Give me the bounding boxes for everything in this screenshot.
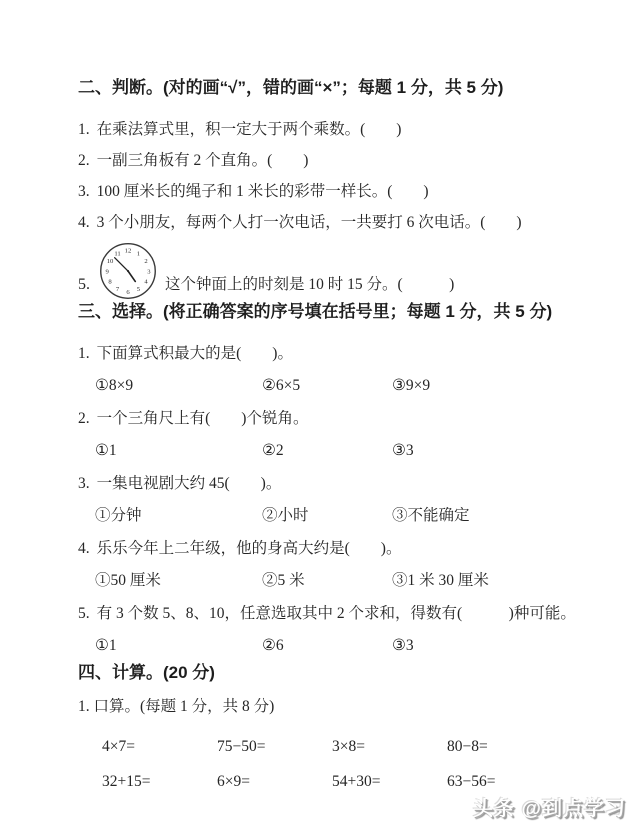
toutiao-watermark: 头条 @到点学习 — [473, 792, 626, 821]
clock-number-3: 3 — [147, 268, 151, 275]
option-b: ②6×5 — [262, 370, 392, 402]
choice-question-5: 5.有 3 个数 5、8、10，任意选取其中 2 个求和，得数有( )种可能。 … — [78, 598, 626, 662]
choice-question-5-body: 有 3 个数 5、8、10，任意选取其中 2 个求和，得数有( )种可能。 — [97, 605, 576, 622]
calc-expression: 32+15= — [102, 764, 217, 799]
calc-expression: 75−50= — [217, 729, 332, 764]
clock-number-8: 8 — [108, 278, 112, 285]
judge-item-2: 2.一副三角板有 2 个直角。( ) — [78, 145, 626, 176]
calc-expression: 6×9= — [217, 764, 332, 799]
paper-content: 二、判断。(对的画“√”，错的画“×”；每题 1 分，共 5 分) 1.在乘法算… — [78, 78, 626, 799]
option-b: ②2 — [262, 435, 392, 467]
judge-item-1-text: 在乘法算式里，积一定大于两个乘数。( ) — [97, 121, 402, 138]
judge-item-5-text: 这个钟面上的时刻是 10 时 15 分。( ) — [165, 272, 454, 294]
calc-expression: 54+30= — [332, 764, 447, 799]
clock-number-10: 10 — [107, 258, 114, 265]
option-b: ②小时 — [262, 500, 392, 532]
judge-item-4-number: 4. — [78, 214, 90, 231]
judge-item-4-text: 3 个小朋友，每两个人打一次电话，一共要打 6 次电话。( ) — [97, 214, 522, 231]
judge-item-5-number: 5. — [78, 276, 90, 294]
judge-item-1: 1.在乘法算式里，积一定大于两个乘数。( ) — [78, 114, 626, 145]
choice-question-3-number: 3. — [78, 475, 90, 492]
clock-face-image: 12 1 2 3 4 5 6 7 8 9 10 11 — [99, 242, 157, 300]
clock-hour-hand — [128, 271, 135, 281]
clock-center-dot — [127, 270, 129, 272]
choice-question-1-options: ①8×9 ②6×5 ③9×9 — [95, 370, 626, 402]
clock-number-7: 7 — [116, 286, 120, 293]
judge-item-2-text: 一副三角板有 2 个直角。( ) — [97, 152, 309, 169]
option-c: ③1 米 30 厘米 — [392, 565, 626, 597]
option-a: ①1 — [95, 435, 262, 467]
choice-question-2-text: 2.一个三角尺上有( )个锐角。 — [78, 403, 626, 435]
choice-question-3-body: 一集电视剧大约 45( )。 — [97, 475, 282, 492]
section-calc-heading: 四、计算。(20 分) — [78, 663, 626, 683]
option-c: ③3 — [392, 435, 626, 467]
option-c: ③9×9 — [392, 370, 626, 402]
choice-question-3-text: 3.一集电视剧大约 45( )。 — [78, 468, 626, 500]
option-b: ②6 — [262, 630, 392, 662]
clock-number-4: 4 — [144, 278, 148, 285]
choice-question-4-text: 4.乐乐今年上二年级，他的身高大约是( )。 — [78, 533, 626, 565]
judge-item-5: 5. 12 1 2 3 4 5 6 7 8 9 10 11 这个钟面上的时刻是 … — [78, 238, 626, 300]
choice-question-1-text: 1.下面算式积最大的是( )。 — [78, 338, 626, 370]
choice-question-4-body: 乐乐今年上二年级，他的身高大约是( )。 — [97, 540, 402, 557]
test-paper-page: 二、判断。(对的画“√”，错的画“×”；每题 1 分，共 5 分) 1.在乘法算… — [0, 0, 640, 833]
judge-item-4: 4.3 个小朋友，每两个人打一次电话，一共要打 6 次电话。( ) — [78, 207, 626, 238]
choice-question-3-options: ①分钟 ②小时 ③不能确定 — [95, 500, 626, 532]
calc-expression: 3×8= — [332, 729, 447, 764]
choice-question-4: 4.乐乐今年上二年级，他的身高大约是( )。 ①50 厘米 ②5 米 ③1 米 … — [78, 533, 626, 597]
choice-question-1-number: 1. — [78, 345, 90, 362]
clock-number-9: 9 — [105, 268, 109, 275]
clock-number-2: 2 — [144, 258, 147, 265]
clock-number-12: 12 — [125, 248, 132, 255]
choice-question-4-number: 4. — [78, 540, 90, 557]
choice-question-2: 2.一个三角尺上有( )个锐角。 ①1 ②2 ③3 — [78, 403, 626, 467]
calc-expression: 4×7= — [102, 729, 217, 764]
choice-question-5-text: 5.有 3 个数 5、8、10，任意选取其中 2 个求和，得数有( )种可能。 — [78, 598, 626, 630]
option-a: ①8×9 — [95, 370, 262, 402]
option-c: ③不能确定 — [392, 500, 626, 532]
option-a: ①1 — [95, 630, 262, 662]
option-b: ②5 米 — [262, 565, 392, 597]
clock-number-11: 11 — [114, 251, 120, 258]
judge-item-3-number: 3. — [78, 183, 90, 200]
clock-number-5: 5 — [137, 286, 141, 293]
oral-calc-row-1: 4×7= 75−50= 3×8= 80−8= — [102, 729, 626, 764]
judge-item-3-text: 100 厘米长的绳子和 1 米长的彩带一样长。( ) — [97, 183, 429, 200]
choice-question-3: 3.一集电视剧大约 45( )。 ①分钟 ②小时 ③不能确定 — [78, 468, 626, 532]
judge-item-1-number: 1. — [78, 121, 90, 138]
choice-question-2-body: 一个三角尺上有( )个锐角。 — [97, 410, 309, 427]
choice-question-5-options: ①1 ②6 ③3 — [95, 630, 626, 662]
clock-minute-hand — [115, 258, 128, 271]
choice-question-1-body: 下面算式积最大的是( )。 — [97, 345, 293, 362]
option-a: ①分钟 — [95, 500, 262, 532]
judge-item-2-number: 2. — [78, 152, 90, 169]
section-judge-heading: 二、判断。(对的画“√”，错的画“×”；每题 1 分，共 5 分) — [78, 78, 626, 98]
clock-number-6: 6 — [126, 289, 130, 296]
choice-question-2-options: ①1 ②2 ③3 — [95, 435, 626, 467]
choice-question-1: 1.下面算式积最大的是( )。 ①8×9 ②6×5 ③9×9 — [78, 338, 626, 402]
option-c: ③3 — [392, 630, 626, 662]
choice-question-2-number: 2. — [78, 410, 90, 427]
option-a: ①50 厘米 — [95, 565, 262, 597]
calc-sub-heading: 1. 口算。(每题 1 分，共 8 分) — [78, 697, 626, 717]
judge-item-3: 3.100 厘米长的绳子和 1 米长的彩带一样长。( ) — [78, 176, 626, 207]
choice-question-4-options: ①50 厘米 ②5 米 ③1 米 30 厘米 — [95, 565, 626, 597]
section-choice-heading: 三、选择。(将正确答案的序号填在括号里；每题 1 分，共 5 分) — [78, 302, 626, 322]
calc-expression: 80−8= — [447, 729, 562, 764]
clock-number-1: 1 — [137, 251, 140, 258]
choice-question-5-number: 5. — [78, 605, 90, 622]
